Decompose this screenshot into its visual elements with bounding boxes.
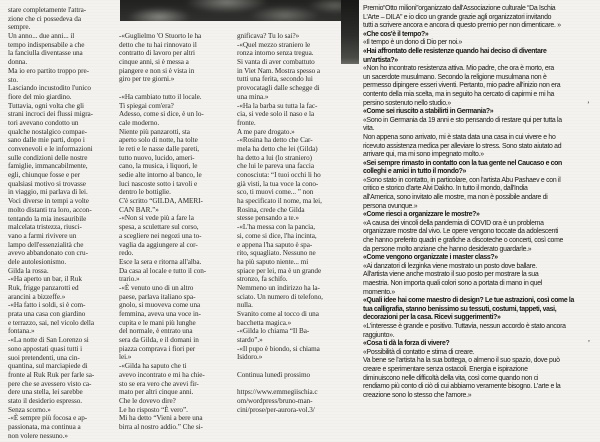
text-line: -«L'ha messa con la pancia, [237, 223, 355, 232]
text-line: tutti a scrivere ancora e ancora di ques… [363, 22, 594, 31]
scan-artifact: , [588, 334, 590, 343]
text-line: già visti, la tua voce la cono- [237, 180, 355, 189]
text-line: fronte. [237, 119, 355, 128]
text-line: sto. [8, 76, 110, 85]
text-line: gnificava? Tu lo sai?» [237, 32, 355, 41]
text-line: «Ai danzatori di lezginka viene mostrato… [363, 263, 594, 272]
text-line: persona ovunque.» [363, 203, 594, 212]
text-line: Senza scorno.» [8, 406, 110, 415]
text-line: https://www.emmegiischia.c [237, 388, 355, 397]
text-line: «Come riesci a organizzare le mostre?» [363, 211, 594, 220]
text-line: giro per tre giorni.» [119, 75, 233, 84]
text-line: permesso dipingere esseri viventi. Perta… [363, 82, 594, 91]
text-line: spiace per lei, ma è un grande [237, 267, 355, 276]
text-line: paese, parlava italiano spa- [119, 293, 233, 302]
text-line: sto se era vero che avevi fir- [119, 380, 233, 389]
text-line: -«Ha aperto un bar, il Ruk [8, 275, 110, 284]
text-line: piazza comprava i fiori per [119, 345, 233, 354]
text-line: Che le dovevo dire? [119, 397, 233, 406]
text-line: aperto solo di notte, ha tolte [119, 136, 233, 145]
text-line: sempre. [8, 23, 110, 32]
text-line: bacchetta magica.» [237, 319, 355, 328]
text-line: pere che se avessero visto ca- [8, 380, 110, 389]
text-line: avevo incontrato e mi ha chie- [119, 371, 233, 380]
text-line: femmina, aveva una voce in- [119, 310, 233, 319]
text-line: sciato. Un numero di telefono, [237, 293, 355, 302]
text-line: creazione sono lo stesso che l'amore.» [363, 392, 594, 401]
text-line: «Il tempo è un dono di Dio per noi.» [363, 39, 594, 48]
text-line: prata una casa con giardino [8, 310, 110, 319]
text-line: tempo indispensabile a che [8, 41, 110, 50]
text-line: raggiunto». [363, 332, 594, 341]
text-line: conosciuta: “I tuoi occhi li ho [237, 171, 355, 180]
text-line: stesse pensando a te.» [237, 214, 355, 223]
text-line: All'artista viene anche mostrato il suo … [363, 271, 594, 280]
text-line: A me pare drogato.» [237, 128, 355, 137]
text-line: Adesso, come si dice, è un lo- [119, 110, 233, 119]
text-line: non volere nessuno.» [8, 432, 110, 441]
text-line: colleghi e amici in tutto il mondo?» [363, 168, 594, 177]
text-line: Rosina, crede che Gilda [237, 206, 355, 215]
text-line: om/wordpress/bruno-man- [237, 397, 355, 406]
text-line: -«Rosina ha detto che Car- [237, 136, 355, 145]
photo-blur-content [120, 0, 359, 21]
text-line: malcelata tristezza, riusci- [8, 223, 110, 232]
text-line: -«Non si vede più a fare la [119, 214, 233, 223]
text-line: fronte al Ruk Ruk per farle sa- [8, 371, 110, 380]
text-line: donna. [8, 58, 110, 67]
text-line: -«È sempre più focosa e ap- [8, 414, 110, 423]
text-line: Svanito come al tocco di una [237, 310, 355, 319]
text-line: zione che ci possedeva da [8, 15, 110, 24]
text-line: cano, la musica, i liquori, le [119, 162, 233, 171]
text-line: organizzare mostre dal vivo. Le opere ve… [363, 228, 594, 237]
text-line: molto distanti tra loro, accon- [8, 206, 110, 215]
text-line: quantina, sul marciapiede di [8, 362, 110, 371]
text-line: Gilda la rossa. [8, 267, 110, 276]
text-line: L'Arte – DILA” e io dico un grande grazi… [363, 14, 594, 23]
text-line: dele autolesionismo. [8, 258, 110, 267]
text-line: luci nascoste sotto i tavoli e [119, 180, 233, 189]
text-line: diminuiscono nelle difficoltà della vita… [363, 375, 594, 384]
text-line: C'è scritto “GILDA, AMERI- [119, 197, 233, 206]
text-line: Nemmeno un indirizzo ha la- [237, 284, 355, 293]
text-line: fontana.» [8, 327, 110, 336]
text-line [237, 362, 355, 371]
text-line: «Quali idee hai come maestro di design? … [363, 297, 594, 306]
scan-artifact: ’ [587, 100, 590, 109]
text-line: che hanno preferito quadri e grafiche a … [363, 237, 594, 246]
text-line: cinque anni, si è messa a [119, 58, 233, 67]
text-line: tua calligrafia, stanno benissimo su tes… [363, 306, 594, 315]
story-column-2: -«Guglielmo 'O Stuorto le hadetto che tu… [119, 32, 233, 432]
text-line: la fanciulla diventasse una [8, 49, 110, 58]
text-line: Un anno... due anni... il [8, 32, 110, 41]
text-line: Lasciando incustodito l'unico [8, 84, 110, 93]
text-line: creare e sperimentare senza ostacoli. En… [363, 366, 594, 375]
text-line: decorazioni per la casa. Ricevi suggerim… [363, 314, 594, 323]
text-line: momento.» [363, 289, 594, 298]
text-line: ha specificato il nome, ma lei, [237, 197, 355, 206]
text-line: CAN BAR.”» [119, 206, 233, 215]
text-line: stato il desiderio espresso. [8, 397, 110, 406]
text-line: «Hai affrontato delle resistenze quando … [363, 48, 594, 57]
text-line: vaglia da aggiungere al cor- [119, 241, 233, 250]
text-line: un sacerdote musulmano. Secondo la relig… [363, 74, 594, 83]
text-line: Esce la sera e ritorna all'alba. [119, 258, 233, 267]
text-line: qualsiasi motivo si trovasse [8, 180, 110, 189]
text-line: -«La notte di San Lorenzo si [8, 336, 110, 345]
text-line: ricevuto assistenza medica per alleviare… [363, 143, 594, 152]
text-line: cia, si vede solo il naso e la [237, 110, 355, 119]
text-line: contento della mia scelta, ma in seguito… [363, 91, 594, 100]
text-line: -«Ha cambiato tutto il locale. [119, 93, 233, 102]
text-line: -«Il pupo è biondo, si chiama [237, 345, 355, 354]
story-column-1: stare completamente l'attra-zione che ci… [8, 6, 110, 440]
text-line: a scegliere nei negozi una to- [119, 232, 233, 241]
text-line: all'America, sono invitato alle mostre, … [363, 194, 594, 203]
text-line: da persone molto anziane che hanno desid… [363, 246, 594, 255]
text-line: ha detto a lui (lo straniero) [237, 154, 355, 163]
text-line: «Sono stato in contatto, in particolare,… [363, 177, 594, 186]
text-line: tori avevano condotto un [8, 119, 110, 128]
text-line [119, 84, 233, 93]
text-line: sera da Gilda, e il domani in [119, 336, 233, 345]
text-line: «L'interesse è grande e positivo. Tuttav… [363, 323, 594, 332]
text-line: -«Ha la barba su tutta la fac- [237, 102, 355, 111]
text-line: trario.» [119, 275, 233, 284]
text-line: stronzo, fa schifo. [237, 275, 355, 284]
text-line: «A causa dei vincoli della pandemia di C… [363, 220, 594, 229]
text-line: qualche nostalgico compae- [8, 128, 110, 137]
text-line: -«È venuto uno di un altro [119, 284, 233, 293]
text-line: Mi ha detto “Vieni a bere una [119, 414, 233, 423]
text-line: provocatagli dalle schegge di [237, 84, 355, 93]
text-line: famiglie, immancabilmente, [8, 162, 110, 171]
text-line: arancini a bizzeffe.» [8, 293, 110, 302]
text-line: rendiamo più conto di ciò di cui abbiamo… [363, 383, 594, 392]
text-line: le reti e le nasse dalle pareti, [119, 145, 233, 154]
scanned-newspaper-page: stare completamente l'attra-zione che ci… [0, 0, 600, 442]
text-line: Niente più panzarotti, sta [119, 128, 233, 137]
text-line: cupita e le mani più lunghe [119, 319, 233, 328]
text-line: Le ho risposto “È vero”. [119, 406, 233, 415]
text-line: un'artista?» [363, 57, 594, 66]
text-line: birra al nostro addio.” Che si- [119, 423, 233, 432]
text-line: -«Quel mezzo straniero le [237, 41, 355, 50]
text-line: lei.» [119, 353, 233, 362]
text-line: stardo”.» [237, 336, 355, 345]
text-line: dentro le bottiglie. [119, 188, 233, 197]
text-line: detto che tu hai rinnovato il [119, 41, 233, 50]
text-line: rito, squagliato. Nessuno ne [237, 249, 355, 258]
text-line: tutto nuovo, lucido, ameri- [119, 154, 233, 163]
text-line: che lui le pareva una faccia [237, 162, 355, 171]
text-line: fiore del mio giardino. [8, 93, 110, 102]
story-column-3: gnificava? Tu lo sai?»-«Quel mezzo stran… [237, 32, 355, 414]
text-line: tutti una ferita, secondo lui [237, 75, 355, 84]
text-line: sedie alte intorno al banco, le [119, 171, 233, 180]
text-line: «Sono in Germania da 19 anni e sto pensa… [363, 117, 594, 126]
text-line: cale moderno. [119, 119, 233, 128]
text-line: «Come sei riuscito a stabilirti in Germa… [363, 108, 594, 117]
text-line: «Non ho incontrato resistenza attiva. Mi… [363, 65, 594, 74]
text-line: persino sostenuto nello studio.» [363, 100, 594, 109]
text-line: arrivare qui, ma mi sono impegnato molto… [363, 151, 594, 160]
text-line: ronza intorno senza tregua. [237, 49, 355, 58]
text-line: stare completamente l'attra- [8, 6, 110, 15]
text-line: lampo dell'essenzialità che [8, 241, 110, 250]
text-line: spesa, a sculettare sul corso, [119, 223, 233, 232]
text-line: Ti spiegai com'era? [119, 102, 233, 111]
text-line: «Che cos'è il tempo?» [363, 31, 594, 40]
text-line: vita. [363, 125, 594, 134]
text-line: avevo abbandonato con cru- [8, 249, 110, 258]
text-line: -«Gilda ha saputo che ti [119, 362, 233, 371]
text-line: Premio“Otto milioni”organizzato dall'Ass… [363, 5, 594, 14]
text-line: «Come vengono organizzate i master class… [363, 254, 594, 263]
text-line: mela ha detto che lei (Gilda) [237, 145, 355, 154]
text-line: mato per altri cinque anni. [119, 388, 233, 397]
text-line: sono appostati quasi tutti i [8, 345, 110, 354]
text-line: sco, ti muovi come... ” non [237, 188, 355, 197]
text-line: dere una stella, lei sarebbe [8, 388, 110, 397]
text-line: «Cosa ti dà la forza di vivere? [363, 340, 594, 349]
text-line: sulle condizioni delle nostre [8, 154, 110, 163]
text-line: una mina.» [237, 93, 355, 102]
text-line [237, 380, 355, 389]
text-line: Da casa al locale e tutto il con- [119, 267, 233, 276]
text-line: gnolo, si muoveva come una [119, 301, 233, 310]
text-line: e appena l'ha saputo è spa- [237, 241, 355, 250]
text-line: Si vanta di aver combattuto [237, 58, 355, 67]
text-line: Non appena sono arrivato, mi è stata dat… [363, 134, 594, 143]
text-line: Va bene se l'artista ha la sua bottega, … [363, 357, 594, 366]
text-line: critico e storico d'arte Alvi Dakho. In … [363, 185, 594, 194]
text-line: Isidoro.» [237, 353, 355, 362]
text-line: cini/prose/per-aurora-vol.3/ [237, 406, 355, 415]
text-line: e terrazzo, sai, nel vicolo della [8, 319, 110, 328]
text-line: vano a farmi rivivere un [8, 232, 110, 241]
text-line: redo. [119, 249, 233, 258]
text-line: si, come si dice, l'ha incinta, [237, 232, 355, 241]
text-line: «Possibilità di contatto e stima di crea… [363, 349, 594, 358]
interview-column: Premio“Otto milioni”organizzato dall'Ass… [363, 5, 594, 400]
text-line: in viaggio, mi parlava di lei. [8, 188, 110, 197]
text-line: Tuttavia, ogni volta che gli [8, 102, 110, 111]
text-line: sano dalle mie parti, dopo i [8, 136, 110, 145]
text-line: tentando la mia inesauribile [8, 215, 110, 224]
text-line: -«Gilda lo chiama “Il Ba- [237, 327, 355, 336]
text-line: maestria. Non importa quali colori sono … [363, 280, 594, 289]
text-line: del normale, è entrato una [119, 327, 233, 336]
text-line: Ma io ero partito troppo pre- [8, 67, 110, 76]
text-line: Continua lunedì prossimo [237, 371, 355, 380]
text-line: contratto di lavoro per altri [119, 49, 233, 58]
text-line: egli, chiunque fosse e per [8, 171, 110, 180]
article-photo [120, 0, 359, 21]
text-line: passionata, ma continua a [8, 423, 110, 432]
text-line: convenevoli e le informazioni [8, 145, 110, 154]
text-line: ha più saputo niente... mi [237, 258, 355, 267]
text-line: suoi pretendenti, una cin- [8, 354, 110, 363]
text-line: nulla. [237, 301, 355, 310]
text-line: «Sei sempre rimasto in contatto con la t… [363, 160, 594, 169]
text-line: strani incroci dei flussi migra- [8, 110, 110, 119]
text-line: Ruk, frigge panzarotti ed [8, 284, 110, 293]
text-line: -«Guglielmo 'O Stuorto le ha [119, 32, 233, 41]
text-line: -«Ha fatto i soldi, si è com- [8, 301, 110, 310]
text-line: piangere e non si è vista in [119, 67, 233, 76]
text-line: Voci diverse in tempi a volte [8, 197, 110, 206]
text-line: in Viet Nam. Mostra spesso a [237, 67, 355, 76]
